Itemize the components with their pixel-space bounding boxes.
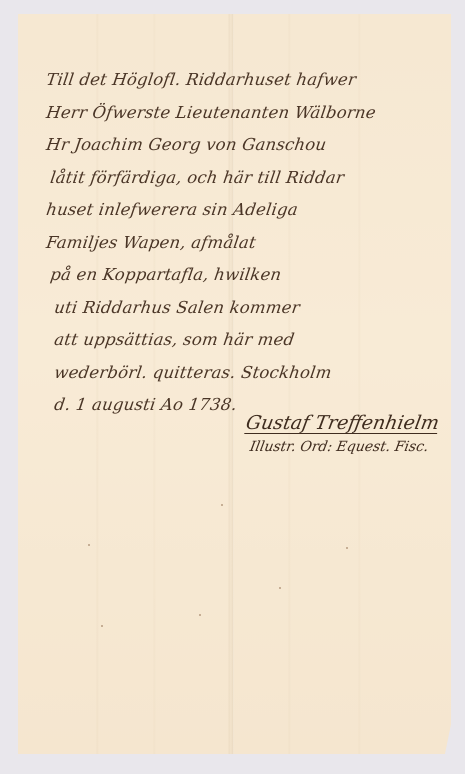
paper-spot xyxy=(101,625,103,627)
handwritten-body: Till det Höglofl. Riddarhuset hafwer Her… xyxy=(44,64,424,422)
paper-spot xyxy=(279,587,281,589)
body-line: Till det Höglofl. Riddarhuset hafwer xyxy=(44,64,429,97)
paper-spot xyxy=(199,614,201,616)
body-line: huset inlefwerera sin Adeliga xyxy=(44,194,429,227)
signature-block: Gustaf Treffenhielm Illustr. Ord: Equest… xyxy=(240,410,441,458)
body-line: uti Riddarhus Salen kommer xyxy=(44,292,429,325)
signature-title: Illustr. Ord: Equest. Fisc. xyxy=(240,436,437,458)
body-line: på en Koppartafla, hwilken xyxy=(44,259,429,292)
signature-name: Gustaf Treffenhielm xyxy=(244,410,441,436)
paper-spot xyxy=(221,504,223,506)
body-line: Familjes Wapen, afmålat xyxy=(44,227,429,260)
body-line: låtit förfärdiga, och här till Riddar xyxy=(44,162,429,195)
document-scan: Till det Höglofl. Riddarhuset hafwer Her… xyxy=(0,0,465,774)
paper-spot xyxy=(346,547,348,549)
body-line: Herr Öfwerste Lieutenanten Wälborne xyxy=(44,97,429,130)
paper-spot xyxy=(88,544,90,546)
body-line: wederbörl. quitteras. Stockholm xyxy=(44,357,429,390)
body-line: Hr Joachim Georg von Ganschou xyxy=(44,129,429,162)
body-line: att uppsättias, som här med xyxy=(44,324,429,357)
